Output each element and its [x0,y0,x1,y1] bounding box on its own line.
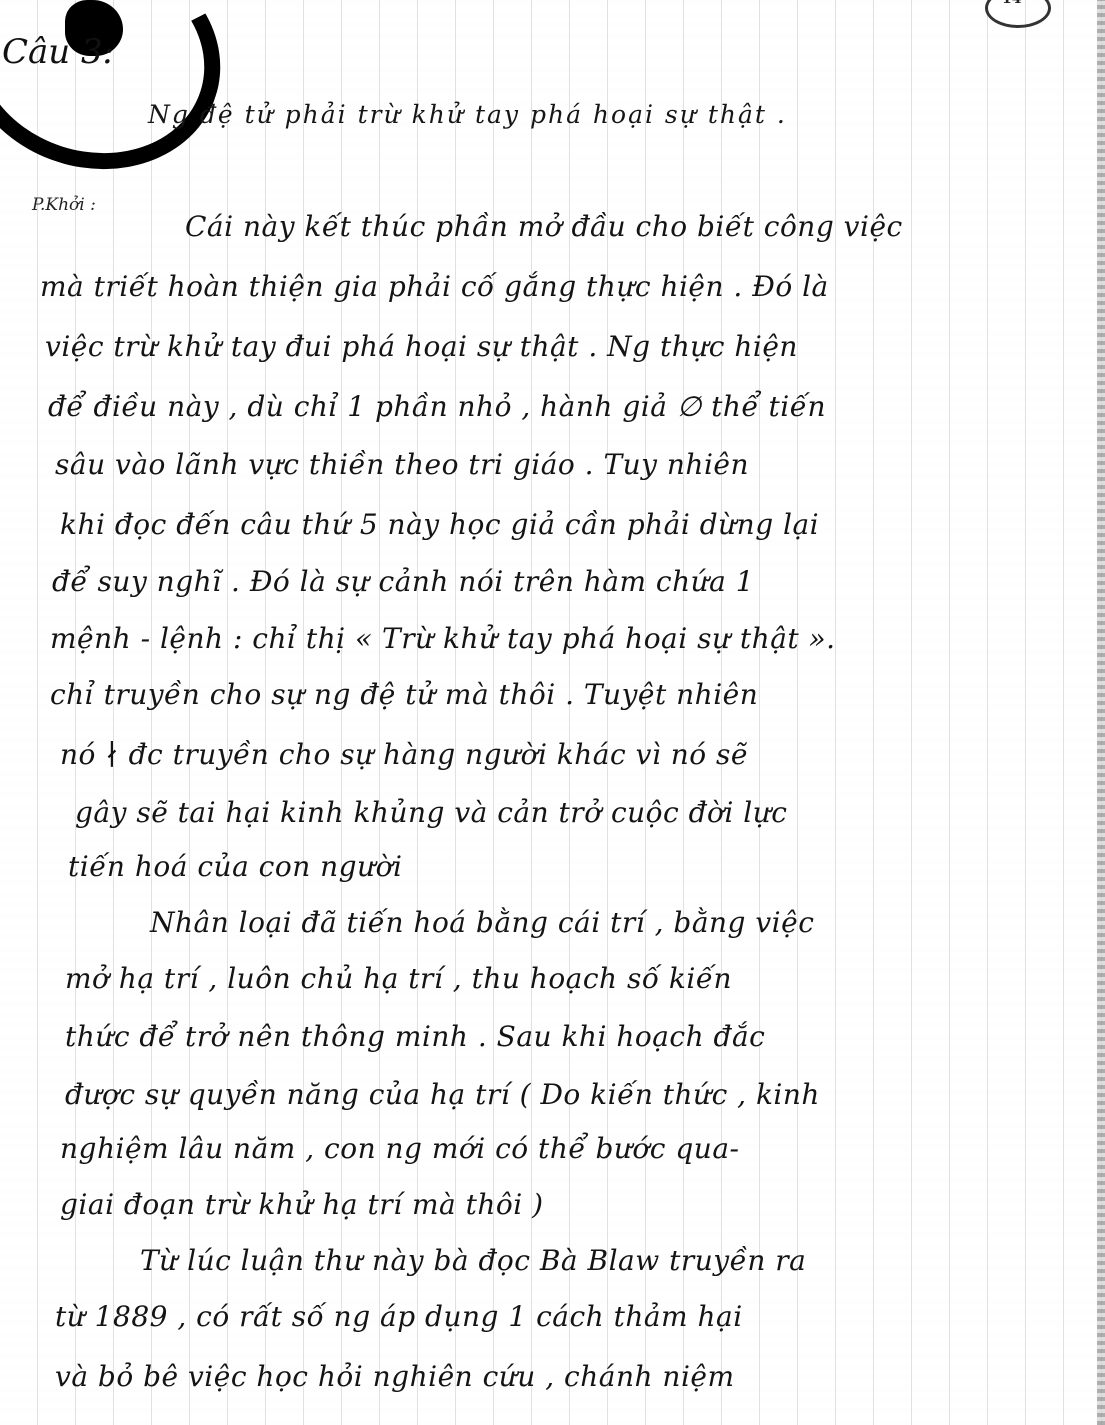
handwritten-line: mệnh - lệnh : chỉ thị « Trừ khử tay phá … [50,622,836,655]
handwritten-line: tiến hoá của con người [68,850,402,883]
page-number: 14 [1002,0,1021,7]
handwritten-line: nó ∤ đc truyền cho sự hàng người khác vì… [60,738,748,771]
handwritten-line: giai đoạn trừ khử hạ trí mà thôi ) [60,1188,544,1221]
handwritten-line: Nhân loại đã tiến hoá bằng cái trí , bằn… [150,906,814,939]
page-edge-shadow [1097,0,1105,1425]
question-label: Câu 3: [2,32,114,72]
handwritten-line: việc trừ khử tay đui phá hoại sự thật . … [45,330,798,363]
handwritten-line: thức để trở nên thông minh . Sau khi hoạ… [65,1020,765,1053]
handwritten-line: mà triết hoàn thiện gia phải cố gắng thự… [40,270,829,303]
page-number-circle: 14 [985,0,1051,28]
handwritten-line: Từ lúc luận thư này bà đọc Bà Blaw truyề… [140,1244,806,1277]
handwritten-line: được sự quyền năng của hạ trí ( Do kiến … [65,1078,820,1111]
handwritten-line: để suy nghĩ . Đó là sự cảnh nói trên hàm… [52,565,754,598]
handwritten-line: mở hạ trí , luôn chủ hạ trí , thu hoạch … [65,962,732,995]
handwritten-line: và bỏ bê việc học hỏi nghiên cứu , chánh… [55,1360,735,1393]
handwritten-line: để điều này , dù chỉ 1 phần nhỏ , hành g… [48,390,826,423]
essay-title: Ng đệ tử phải trừ khử tay phá hoại sự th… [148,100,787,129]
handwritten-line: từ 1889 , có rất số ng áp dụng 1 cách th… [55,1300,743,1333]
handwritten-line: sâu vào lãnh vực thiền theo tri giáo . T… [55,448,749,481]
section-label: P.Khởi : [32,195,96,215]
handwritten-line: Cái này kết thúc phần mở đầu cho biết cô… [185,210,903,243]
handwritten-line: chỉ truyền cho sự ng đệ tử mà thôi . Tuy… [50,678,758,711]
handwritten-line: gây sẽ tai hại kinh khủng và cản trở cuộ… [75,796,787,829]
handwritten-line: nghiệm lâu năm , con ng mới có thể bước … [60,1132,739,1165]
scanned-page: 14 Câu 3: Ng đệ tử phải trừ khử tay phá … [0,0,1105,1425]
handwritten-line: khi đọc đến câu thứ 5 này học giả cần ph… [60,508,819,541]
